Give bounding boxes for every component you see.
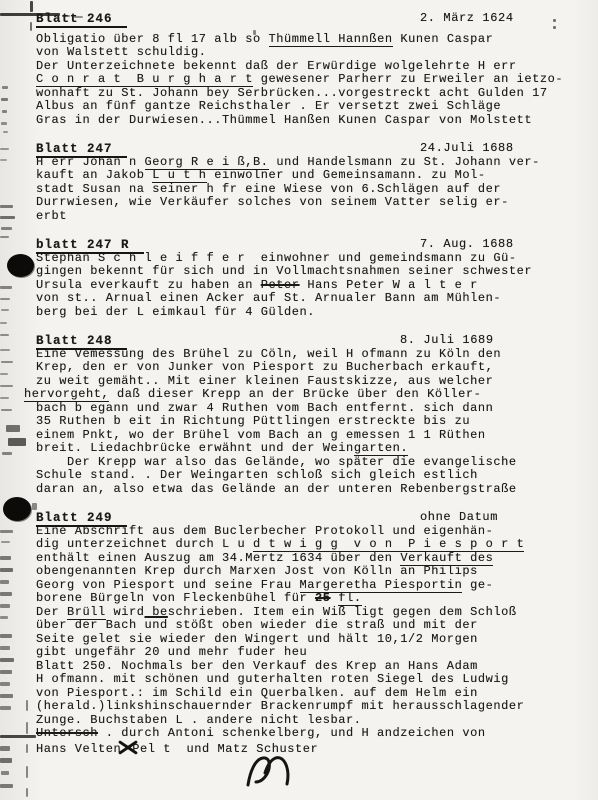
scan-artifact	[0, 592, 12, 596]
scan-artifact	[26, 722, 28, 734]
text-segment: über der Bach	[36, 618, 145, 632]
scan-artifact	[1, 361, 13, 363]
text-line: enthält einen Auszug am 34.Mertz 1634 üb…	[36, 552, 584, 566]
text-line: von Walstett schuldig.	[36, 46, 584, 60]
scan-artifact	[0, 349, 10, 351]
text-segment: enthält einen Auszug am 34.Mertz 1634 üb…	[36, 551, 400, 565]
scan-artifact	[0, 758, 12, 763]
text-line: Schule stand. . Der Weingarten schloß si…	[36, 469, 584, 483]
document-section-blatt-247: Blatt 24724.Juli 1688H err Johan n Georg…	[36, 142, 584, 223]
scan-artifact	[0, 13, 60, 16]
text-line: Hans VeltenPel t und Matz Schuster	[36, 741, 584, 757]
text-line: hervorgeht, daß dieser Krepp an der Brüc…	[24, 388, 584, 402]
scan-artifact	[0, 322, 7, 324]
text-segment: gewesener Parherr zu Erweiler an ietzo-	[253, 72, 563, 86]
text-line: zu weit gemäht.. Mit einer kleinen Faust…	[36, 375, 584, 389]
text-line: Krep, den er von Junker von Piesport zu …	[36, 361, 584, 375]
text-segment: zu weit gemäht.. Mit einer kleinen Faust…	[36, 374, 493, 388]
section-label: Blatt 247	[36, 142, 127, 158]
text-segment: Albus an fünf gantze Reichsthaler . Er v…	[36, 99, 501, 113]
scan-artifact	[0, 286, 12, 289]
text-segment: gingen bekennt für sich und in Vollmacht…	[36, 264, 532, 278]
text-line: Albus an fünf gantze Reichsthaler . Er v…	[36, 100, 584, 114]
scan-artifact	[26, 766, 28, 778]
text-line: stadt Susan na seiner h fr eine Wiese vo…	[36, 183, 584, 197]
text-segment: und	[145, 618, 168, 632]
scan-artifact	[0, 216, 15, 219]
text-segment: erbt	[36, 209, 67, 223]
text-segment: Krep, den er von Junker von Piesport zu …	[36, 360, 493, 374]
text-line: erbt	[36, 210, 584, 224]
text-segment: ge-	[462, 578, 493, 592]
text-line: C o n r a t B u r g h a r t gewesener Pa…	[36, 73, 584, 87]
scan-artifact	[553, 19, 556, 22]
text-line: obengenannten Krep durch Marxen Jost von…	[36, 565, 584, 579]
text-segment: Kunen Caspar	[393, 32, 494, 46]
scan-artifact	[2, 452, 12, 455]
text-line: dig unterzeichnet durch L u d t w i g g …	[36, 538, 584, 552]
document-section-blatt-246: Blatt 2462. März 1624Obligatio über 8 fl…	[36, 12, 584, 127]
document-section-blatt-248: Blatt 2488. Juli 1689Eine Vemessung des …	[36, 334, 584, 496]
scan-artifact	[0, 658, 14, 662]
text-segment: Seite gelet sie wieder den Wingert und h…	[36, 632, 478, 646]
section-header: Blatt 2462. März 1624	[36, 12, 584, 26]
text-line: einem Pnkt, wo der Brühel vom Bach an g …	[36, 429, 584, 443]
scan-artifact	[0, 334, 9, 336]
handwritten-x-mark	[120, 741, 135, 753]
text-line: von Piesport.: im Schild ein Querbalken.…	[36, 687, 584, 701]
scan-artifact	[3, 131, 8, 133]
text-segment: Der Krepp war also das Gelände, wo späte…	[36, 455, 517, 469]
text-segment: von st.. Arnual einen Acker auf St. Arnu…	[36, 291, 501, 305]
scan-artifact	[26, 788, 28, 797]
text-segment: Thümmell Hannßen	[269, 32, 393, 47]
scan-artifact	[0, 373, 8, 375]
scan-artifact	[1, 227, 12, 230]
section-date: ohne Datum	[420, 511, 498, 525]
scan-artifact	[0, 646, 10, 650]
scan-artifact	[1, 98, 8, 101]
text-line: Zunge. Buchstaben L . andere nicht lesba…	[36, 714, 584, 728]
text-segment: stadt Susan na seiner h fr eine Wiese vo…	[36, 182, 501, 196]
text-segment: breit. Liedachbrücke erwähnt und der Wei…	[36, 441, 354, 455]
section-date: 7. Aug. 1688	[420, 238, 514, 252]
text-segment: . durch Antoni schenkelberg, und H andze…	[98, 726, 486, 740]
scan-artifact	[1, 771, 9, 775]
scan-artifact	[0, 616, 8, 619]
scan-artifact	[8, 438, 26, 446]
text-segment: bach b egann und zwar 4 Ruthen vom Bach …	[36, 401, 493, 415]
text-line: Blatt 250. Nochmals ber den Verkauf des …	[36, 660, 584, 674]
text-segment: einwolner und Gemeinsamann. zu Mol-	[207, 168, 486, 182]
document-section-blatt-249: Blatt 249ohne DatumEine Abschrift aus de…	[36, 511, 584, 756]
text-line: von st.. Arnual einen Acker auf St. Arnu…	[36, 292, 584, 306]
scan-artifact	[62, 15, 70, 17]
scan-artifact	[1, 309, 9, 311]
section-header: Blatt 24724.Juli 1688	[36, 142, 584, 156]
section-date: 2. März 1624	[420, 12, 514, 26]
text-line: berg bei der L eimkaul für 4 Gülden.	[36, 306, 584, 320]
scan-artifact	[0, 580, 9, 584]
text-line: daran an, also etwa das Gelände an der u…	[36, 483, 584, 497]
section-label: blatt 247 R	[36, 238, 144, 254]
scan-artifact	[553, 26, 556, 29]
scan-artifact	[0, 706, 11, 710]
text-segment: (herald.)linkshinschauernder Brackenrump…	[36, 699, 524, 713]
text-segment: daran an, also etwa das Gelände an der u…	[36, 482, 517, 496]
text-segment: gibt ungefähr 20 und mehr fuder heu	[36, 645, 307, 659]
section-header: Blatt 2488. Juli 1689	[36, 334, 584, 348]
scanned-document-page: Blatt 2462. März 1624Obligatio über 8 fl…	[0, 0, 598, 800]
text-segment: berg bei der L eimkaul für 4 Gülden.	[36, 305, 315, 319]
text-line: breit. Liedachbrücke erwähnt und der Wei…	[36, 442, 584, 456]
text-segment: Blatt 250. Nochmals ber den Verkauf des …	[36, 659, 478, 673]
text-line: Obligatio über 8 fl 17 alb so Thümmell H…	[36, 33, 584, 47]
text-segment: dig unterzeichnet durch L u	[36, 537, 253, 551]
text-segment: Georg von Piesport und seine Frau	[36, 578, 300, 592]
text-segment: wonhaft zu St. Johann bey Serbrücken...v…	[36, 86, 548, 100]
scan-artifact	[0, 568, 13, 572]
scan-artifact	[26, 700, 28, 711]
text-line: borene Bürgeln von Fleckenbühel für 25 f…	[36, 592, 584, 606]
text-line: wonhaft zu St. Johann bey Serbrücken...v…	[36, 87, 584, 101]
section-label: Blatt 248	[36, 334, 127, 350]
scan-artifact	[0, 735, 36, 738]
text-segment: Der	[36, 605, 67, 619]
scan-artifact	[0, 556, 11, 560]
text-segment: Ursula everkauft zu haben an	[36, 278, 261, 292]
scan-artifact	[253, 30, 256, 35]
text-segment: Hans Peter W a l t e r	[300, 278, 478, 292]
text-segment: einem Pnkt, wo der Brühel vom Bach an g …	[36, 428, 486, 442]
text-segment: daß dieser Krepp an der Brücke über den …	[109, 387, 481, 401]
scan-artifact	[6, 425, 20, 432]
text-segment: kauft an Jakob	[36, 168, 152, 182]
text-segment: Hans Velten	[36, 742, 121, 756]
scan-artifact	[0, 784, 13, 788]
scan-artifact	[0, 682, 10, 686]
text-segment: Zunge. Buchstaben L . andere nicht lesba…	[36, 713, 362, 727]
scan-artifact	[1, 122, 7, 125]
text-segment: 35 Ruthen b eit in Richtung Püttlingen e…	[36, 414, 470, 428]
text-line: bach b egann und zwar 4 Ruthen vom Bach …	[36, 402, 584, 416]
text-segment: Obligatio über 8 fl 17 alb so	[36, 32, 269, 46]
scan-artifact	[0, 236, 9, 238]
text-line: Untersch . durch Antoni schenkelberg, un…	[36, 727, 584, 741]
scan-artifact	[0, 746, 10, 751]
scan-artifact	[30, 22, 32, 31]
scan-artifact	[74, 16, 83, 18]
text-segment: und Handelsmann zu St. Johann ver-	[269, 155, 540, 169]
scan-artifact	[0, 694, 13, 698]
text-segment: Durrwiesen, wie Verkäufer solches von se…	[36, 195, 509, 209]
section-header: Blatt 249ohne Datum	[36, 511, 584, 525]
text-segment: borene Bürgeln von Fleckenbühel für	[36, 591, 315, 605]
scan-artifact	[0, 298, 10, 300]
document-content: Blatt 2462. März 1624Obligatio über 8 fl…	[36, 12, 584, 771]
text-line: (herald.)linkshinschauernder Brackenrump…	[36, 700, 584, 714]
text-line: über der Bach und stößt oben wieder die …	[36, 619, 584, 633]
text-line: gibt ungefähr 20 und mehr fuder heu	[36, 646, 584, 660]
text-segment: von Walstett schuldig.	[36, 45, 207, 59]
document-section-blatt-247-r: blatt 247 R7. Aug. 1688Stephan S c h l e…	[36, 238, 584, 319]
text-segment: Peter	[261, 278, 300, 292]
text-line: Der Brüll wird beschrieben. Item ein Wiß…	[36, 606, 584, 620]
scan-artifact	[0, 604, 10, 608]
scan-artifact	[30, 1, 33, 12]
section-header: blatt 247 R7. Aug. 1688	[36, 238, 584, 252]
scan-artifact	[1, 409, 12, 411]
scan-artifact	[26, 744, 28, 753]
text-segment: Schule stand. . Der Weingarten schloß si…	[36, 468, 478, 482]
text-line: Durrwiesen, wie Verkäufer solches von se…	[36, 196, 584, 210]
scan-artifact	[1, 541, 10, 543]
text-line: Seite gelet sie wieder den Wingert und h…	[36, 633, 584, 647]
text-segment: Der Unterzeichnete bekennt daß der Erwür…	[36, 59, 517, 73]
text-line: Georg von Piesport und seine Frau Marger…	[36, 579, 584, 593]
scan-artifact	[2, 86, 8, 89]
text-segment: von Piesport.: im Schild ein Querbalken.…	[36, 686, 478, 700]
text-line: Ursula everkauft zu haben an Peter Hans …	[36, 279, 584, 293]
scan-artifact	[0, 159, 7, 161]
scan-artifact	[0, 634, 12, 638]
scan-artifact	[0, 530, 13, 533]
text-segment: obengenannten Krep durch Marxen Jost von…	[36, 564, 478, 578]
section-date: 24.Juli 1688	[420, 142, 514, 156]
text-line: 35 Ruthen b eit in Richtung Püttlingen e…	[36, 415, 584, 429]
text-line: Gras in der Durwiesen...Thümmel Hanßen K…	[36, 114, 584, 128]
text-line: Der Unterzeichnete bekennt daß der Erwür…	[36, 60, 584, 74]
text-segment: wird beschrieben. Item ein Wiß ligt gege…	[106, 605, 517, 619]
text-line: kauft an Jakob L u t h einwolner und Gem…	[36, 169, 584, 183]
section-date: 8. Juli 1689	[400, 334, 494, 348]
scan-artifact	[0, 670, 12, 674]
section-label: Blatt 249	[36, 511, 127, 527]
scan-artifact	[32, 503, 37, 510]
scan-artifact	[0, 397, 9, 399]
hole-punch-mark	[3, 497, 31, 521]
scan-artifact	[2, 110, 7, 113]
text-segment: Untersch	[36, 726, 98, 740]
text-segment: stößt oben wieder die straß und mit der	[168, 618, 478, 632]
handwritten-flourish	[243, 752, 305, 795]
hole-punch-mark	[7, 254, 34, 277]
text-segment: 25	[315, 591, 331, 605]
text-segment: Gras in der Durwiesen...Thümmel Hanßen K…	[36, 113, 532, 127]
text-line: Der Krepp war also das Gelände, wo späte…	[36, 456, 584, 470]
scan-artifact	[0, 205, 13, 208]
scan-artifact	[0, 148, 9, 150]
text-segment: H ofmann. mit schönen und guterhalten ro…	[36, 672, 509, 686]
text-line: H ofmann. mit schönen und guterhalten ro…	[36, 673, 584, 687]
text-line: gingen bekennt für sich und in Vollmacht…	[36, 265, 584, 279]
scan-artifact	[0, 385, 13, 387]
